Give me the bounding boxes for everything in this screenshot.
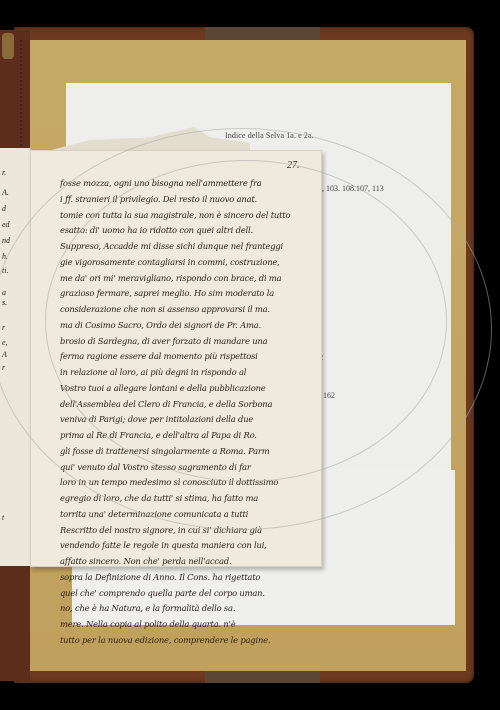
- manuscript-line: me da' ori mi' meravigliano, rispondo co…: [60, 271, 310, 287]
- facing-text-fragment: h.: [2, 252, 8, 261]
- manuscript-line: brosio di Sardegna, di aver forzato di m…: [60, 334, 310, 350]
- left-binding-leather-bottom: [0, 566, 30, 681]
- manuscript-line: considerazione che non si assenso approv…: [60, 302, 310, 318]
- index-slip-heading: Indice della Selva 1a. e 2a.: [225, 131, 314, 140]
- manuscript-line: mere. Nella copia al polito della quarta…: [60, 617, 310, 633]
- manuscript-line: quel che' comprendo quella parte del cor…: [60, 586, 310, 602]
- manuscript-line: tomie con tutta la sua magistrale, non è…: [60, 208, 310, 224]
- facing-text-fragment: r: [2, 363, 5, 372]
- manuscript-text: fosse mozza, ogni uno bisogna nell'ammet…: [60, 176, 310, 649]
- worn-spine-strip-bottom: [205, 671, 320, 683]
- manuscript-line: in relazione al loro, ai più degni in ri…: [60, 365, 310, 381]
- facing-text-fragment: nd: [2, 236, 10, 245]
- manuscript-line: veniva di Parigi; dove per intitolazioni…: [60, 412, 310, 428]
- manuscript-line: ferma ragione essere dal momento più ris…: [60, 349, 310, 365]
- manuscript-line: Suppreso, Accadde mi disse sichi dunque …: [60, 239, 310, 255]
- manuscript-line: ma di Cosimo Sacro, Ordo dei signori de …: [60, 318, 310, 334]
- facing-text-fragment: a: [2, 288, 6, 297]
- index-refs-line-1: 1, 103. 108.107, 113: [318, 184, 384, 193]
- binding-cord: [20, 40, 26, 150]
- manuscript-line: egregio di loro, che da tutti' si stima,…: [60, 491, 310, 507]
- facing-page-edge: r. A. d ed nd h. ti. a s. r e, A r t: [0, 148, 31, 566]
- facing-text-fragment: A.: [2, 188, 9, 197]
- facing-text-fragment: d: [2, 204, 6, 213]
- manuscript-line: Rescritto del nostro signore, in cui si'…: [60, 523, 310, 539]
- facing-text-fragment: A: [2, 350, 7, 359]
- manuscript-line: sopra la Definizione di Anno. Il Cons. h…: [60, 570, 310, 586]
- facing-text-fragment: e,: [2, 338, 8, 347]
- manuscript-line: dell'Assemblea del Clero di Francia, e d…: [60, 397, 310, 413]
- manuscript-line: torrita una' determinazione comunicata a…: [60, 507, 310, 523]
- manuscript-line: no, che è ha Natura, e la formalità dell…: [60, 601, 310, 617]
- manuscript-line: i ƒf. stranieri il privilegio. Del resto…: [60, 192, 310, 208]
- manuscript-line: grazioso fermare, saprei meglio. Ho sim …: [60, 286, 310, 302]
- manuscript-line: Vostro tuoi a allegare lontani e della p…: [60, 381, 310, 397]
- facing-text-fragment: ti.: [2, 266, 8, 275]
- manuscript-line: loro in un tempo medesimo sì conosciuto …: [60, 475, 310, 491]
- manuscript-line: tutto per la nuova edizione, comprendere…: [60, 633, 310, 649]
- facing-text-fragment: ed: [2, 220, 10, 229]
- manuscript-line: gie vigorosamente contagliarsi in commi,…: [60, 255, 310, 271]
- worn-spine-strip-top: [205, 27, 320, 40]
- manuscript-line: fosse mozza, ogni uno bisogna nell'ammet…: [60, 176, 310, 192]
- manuscript-line: esatto: di' uomo ha io ridotto con quei …: [60, 223, 310, 239]
- facing-text-fragment: t: [2, 513, 4, 522]
- manuscript-line: gli fosse di trattenersi singolarmente a…: [60, 444, 310, 460]
- facing-text-fragment: s.: [2, 298, 7, 307]
- manuscript-line: prima al Re di Francia, e dell'altra al …: [60, 428, 310, 444]
- manuscript-line: qui' venuto dal Vostro stesso sagramento…: [60, 460, 310, 476]
- facing-text-fragment: r: [2, 323, 5, 332]
- folio-number: 27.: [287, 160, 300, 171]
- binding-cord-knot: [2, 33, 14, 59]
- manuscript-line: vendendo fatte le regole in questa manie…: [60, 538, 310, 554]
- facing-text-fragment: r.: [2, 168, 6, 177]
- manuscript-line: affatto sincero. Non che' perda nell'acc…: [60, 554, 310, 570]
